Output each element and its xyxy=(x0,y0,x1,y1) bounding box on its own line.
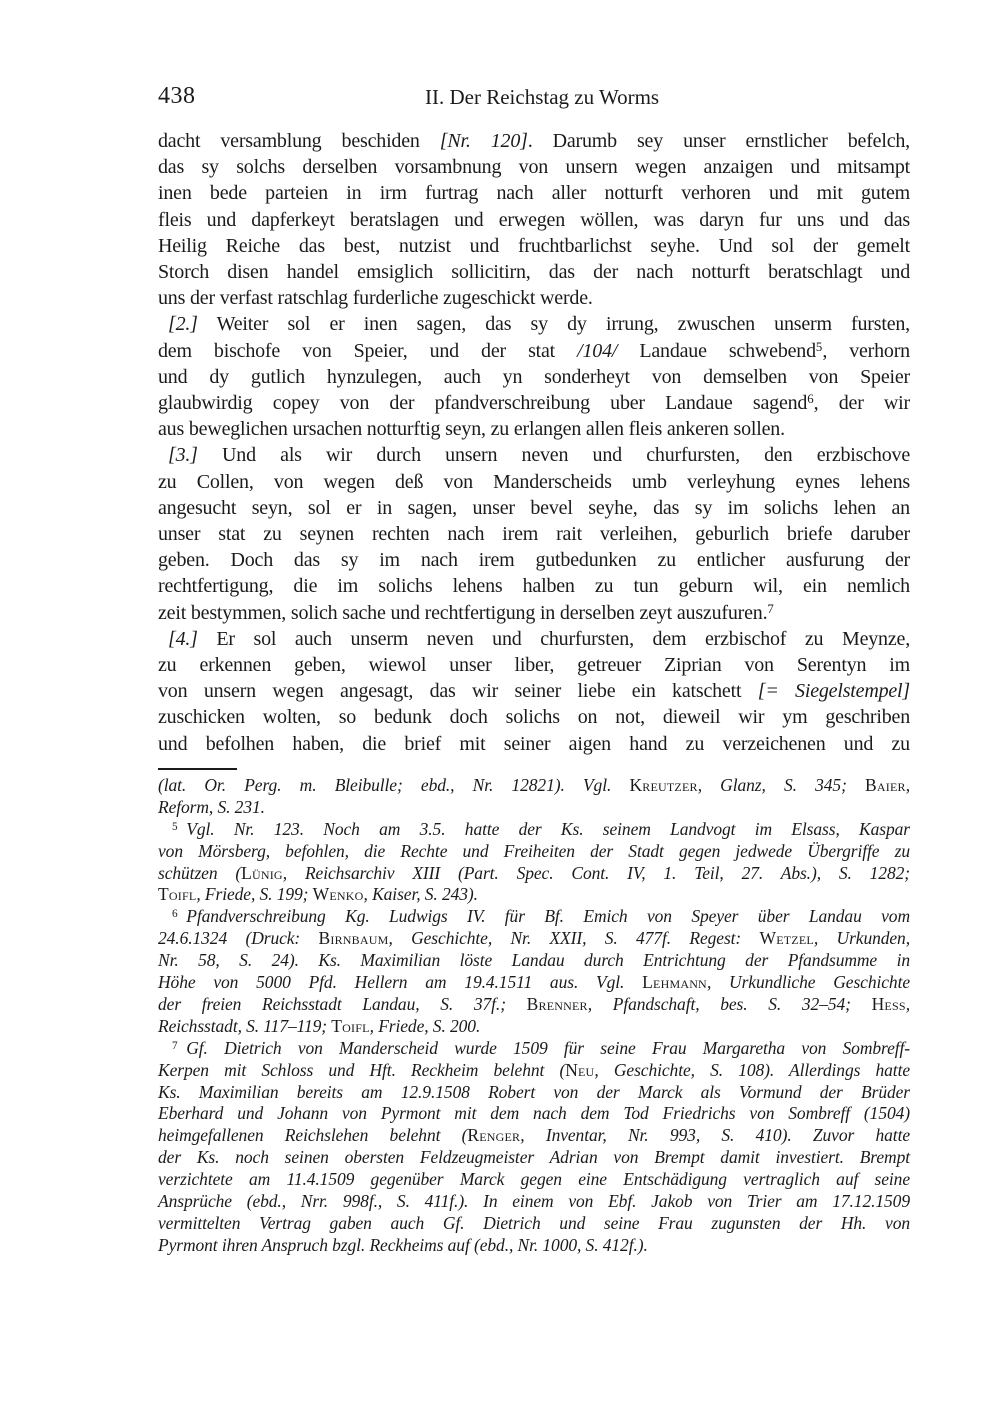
footnote-line: verzichtete am 11.4.1509 gegenüber Marck… xyxy=(158,1169,910,1191)
footnote-line: 5 Vgl. Nr. 123. Noch am 3.5. hatte der K… xyxy=(158,819,910,841)
text-line: fleis und dapferkeyt beratslagen und erw… xyxy=(158,207,910,233)
footnote-line: Eberhard und Johann von Pyrmont mit dem … xyxy=(158,1103,910,1125)
text-line: zu Collen, von wegen deß von Manderschei… xyxy=(158,469,910,495)
page-number: 438 xyxy=(158,83,196,110)
book-page: 438 II. Der Reichstag zu Worms dacht ver… xyxy=(0,0,1004,1418)
text-line: zuschicken wolten, so bedunk doch solich… xyxy=(158,704,910,730)
text-line: angesucht seyn, sol er in sagen, unser b… xyxy=(158,495,910,521)
text-line: und dy gutlich hynzulegen, auch yn sonde… xyxy=(158,364,910,390)
footnote-line: der Ks. noch seinen obersten Feldzeugmei… xyxy=(158,1147,910,1169)
page-header: 438 II. Der Reichstag zu Worms xyxy=(158,83,910,110)
footnote-ref: 6 xyxy=(172,908,178,920)
footnotes: (lat. Or. Perg. m. Bleibulle; ebd., Nr. … xyxy=(158,775,910,1257)
footnote-line: von Mörsberg, befohlen, die Rechte und F… xyxy=(158,841,910,863)
footnote-line: 24.6.1324 (Druck: Birnbaum, Geschichte, … xyxy=(158,928,910,950)
text-line: von unsern wegen angesagt, das wir seine… xyxy=(158,678,910,704)
text-line: unser stat zu seynen rechten nach irem r… xyxy=(158,521,910,547)
text-line: das sy solchs derselben vorsambnung von … xyxy=(158,154,910,180)
text-line: und befolhen haben, die brief mit seiner… xyxy=(158,731,910,757)
footnote-line: heimgefallenen Reichslehen belehnt (Reng… xyxy=(158,1125,910,1147)
footnote-line: 7 Gf. Dietrich von Manderscheid wurde 15… xyxy=(158,1038,910,1060)
footnote-ref: 5 xyxy=(172,821,178,833)
text-line: inen bede parteien in irm furtrag nach a… xyxy=(158,180,910,206)
footnote-line: Höhe von 5000 Pfd. Hellern am 19.4.1511 … xyxy=(158,972,910,994)
footnote-ref: 7 xyxy=(172,1040,178,1052)
footnote-line: (lat. Or. Perg. m. Bleibulle; ebd., Nr. … xyxy=(158,775,910,797)
footnote-line: Reform, S. 231. xyxy=(158,797,910,819)
text-line: Storch disen handel emsiglich sollicitir… xyxy=(158,259,910,285)
footnote-line: schützen (Lünig, Reichsarchiv XIII (Part… xyxy=(158,863,910,885)
footnote-ref: 5 xyxy=(816,340,822,354)
text-line: [3.] Und als wir durch unsern neven und … xyxy=(158,442,910,468)
text-line: [4.] Er sol auch unserm neven und churfu… xyxy=(158,626,910,652)
footnote-ref: 6 xyxy=(807,392,813,406)
text-line: uns der verfast ratschlag furderliche zu… xyxy=(158,285,910,311)
footnote-line: 6 Pfandverschreibung Kg. Ludwigs IV. für… xyxy=(158,906,910,928)
text-line: [2.] Weiter sol er inen sagen, das sy dy… xyxy=(158,311,910,337)
text-line: aus beweglichen ursachen notturftig seyn… xyxy=(158,416,910,442)
footnote-line: der freien Reichsstadt Landau, S. 37f.; … xyxy=(158,994,910,1016)
footnote-line: Kerpen mit Schloss und Hft. Reckheim bel… xyxy=(158,1060,910,1082)
text-line: Heilig Reiche das best, nutzist und fruc… xyxy=(158,233,910,259)
footnote-line: Toifl, Friede, S. 199; Wenko, Kaiser, S.… xyxy=(158,884,910,906)
text-line: dacht versamblung beschiden [Nr. 120]. D… xyxy=(158,128,910,154)
footnote-ref: 7 xyxy=(767,602,773,616)
footnote-line: Reichsstadt, S. 117–119; Toifl, Friede, … xyxy=(158,1016,910,1038)
body-text: dacht versamblung beschiden [Nr. 120]. D… xyxy=(158,128,910,757)
text-line: geben. Doch das sy im nach irem gutbedun… xyxy=(158,547,910,573)
footnote-line: Pyrmont ihren Anspruch bzgl. Reckheims a… xyxy=(158,1235,910,1257)
text-line: rechtfertigung, die im solichs lehens ha… xyxy=(158,573,910,599)
footnote-line: vermittelten Vertrag gaben auch Gf. Diet… xyxy=(158,1213,910,1235)
text-line: glaubwirdig copey von der pfandverschrei… xyxy=(158,390,910,416)
text-line: dem bischofe von Speier, und der stat /1… xyxy=(158,338,910,364)
text-line: zeit bestymmen, solich sache und rechtfe… xyxy=(158,600,910,626)
text-line: zu erkennen geben, wiewol unser liber, g… xyxy=(158,652,910,678)
footnote-line: Ks. Maximilian bereits am 12.9.1508 Robe… xyxy=(158,1082,910,1104)
running-head: II. Der Reichstag zu Worms xyxy=(425,85,659,110)
footnote-line: Nr. 58, S. 24). Ks. Maximilian löste Lan… xyxy=(158,950,910,972)
footnote-separator xyxy=(158,768,237,770)
footnote-line: Ansprüche (ebd., Nrr. 998f., S. 411f.). … xyxy=(158,1191,910,1213)
